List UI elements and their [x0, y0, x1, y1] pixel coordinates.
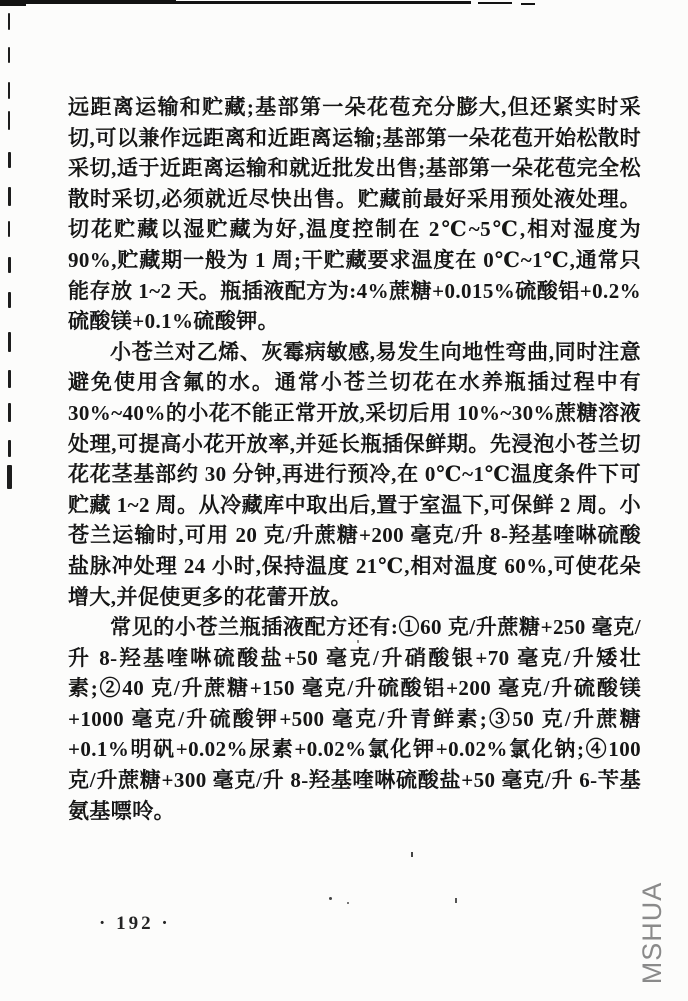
scan-artifact-binding-dash — [8, 370, 11, 388]
scan-artifact-binding-dash — [8, 13, 10, 30]
scan-artifact-top-edge — [346, 1, 471, 4]
ink-speck — [357, 640, 359, 643]
scan-artifact-top-edge — [176, 1, 346, 4]
scanned-book-page: 远距离运输和贮藏;基部第一朵花苞充分膨大,但还紧实时采切,可以兼作远距离和近距离… — [0, 0, 688, 1001]
scan-artifact-binding-dash — [8, 152, 11, 168]
ink-speck — [411, 852, 413, 857]
scan-artifact-binding-dash — [8, 47, 10, 63]
scan-artifact-top-edge — [0, 0, 26, 6]
scan-artifact-binding-dash — [8, 292, 11, 308]
scan-artifact-binding-dash — [7, 465, 12, 489]
scan-artifact-top-edge — [521, 3, 535, 5]
scan-artifact-binding-dash — [8, 82, 10, 99]
scan-artifact-binding-dash — [8, 111, 10, 130]
watermark-text: MSHUA — [637, 877, 665, 989]
scan-artifact-binding-dash — [8, 187, 11, 206]
ink-speck — [329, 897, 332, 900]
scan-artifact-top-edge — [478, 2, 512, 4]
scan-artifact-binding-dash — [8, 332, 11, 352]
ink-speck — [455, 898, 457, 903]
page-number: · 192 · — [99, 913, 171, 935]
paragraph: 常见的小苍兰瓶插液配方还有:①60 克/升蔗糖+250 毫克/升 8-羟基喹啉硫… — [68, 612, 641, 826]
paragraph: 小苍兰对乙烯、灰霉病敏感,易发生向地性弯曲,同时注意避免使用含氟的水。通常小苍兰… — [68, 337, 641, 612]
paragraph: 远距离运输和贮藏;基部第一朵花苞充分膨大,但还紧实时采切,可以兼作远距离和近距离… — [68, 92, 641, 337]
scan-artifact-binding-dash — [8, 221, 10, 237]
ink-speck — [347, 902, 349, 904]
scan-artifact-binding-dash — [8, 257, 11, 273]
scan-artifact-binding-dash — [8, 403, 11, 422]
scan-artifact-top-edge — [26, 0, 176, 4]
text-block: 远距离运输和贮藏;基部第一朵花苞充分膨大,但还紧实时采切,可以兼作远距离和近距离… — [68, 92, 641, 826]
scan-artifact-binding-dash — [8, 440, 11, 457]
